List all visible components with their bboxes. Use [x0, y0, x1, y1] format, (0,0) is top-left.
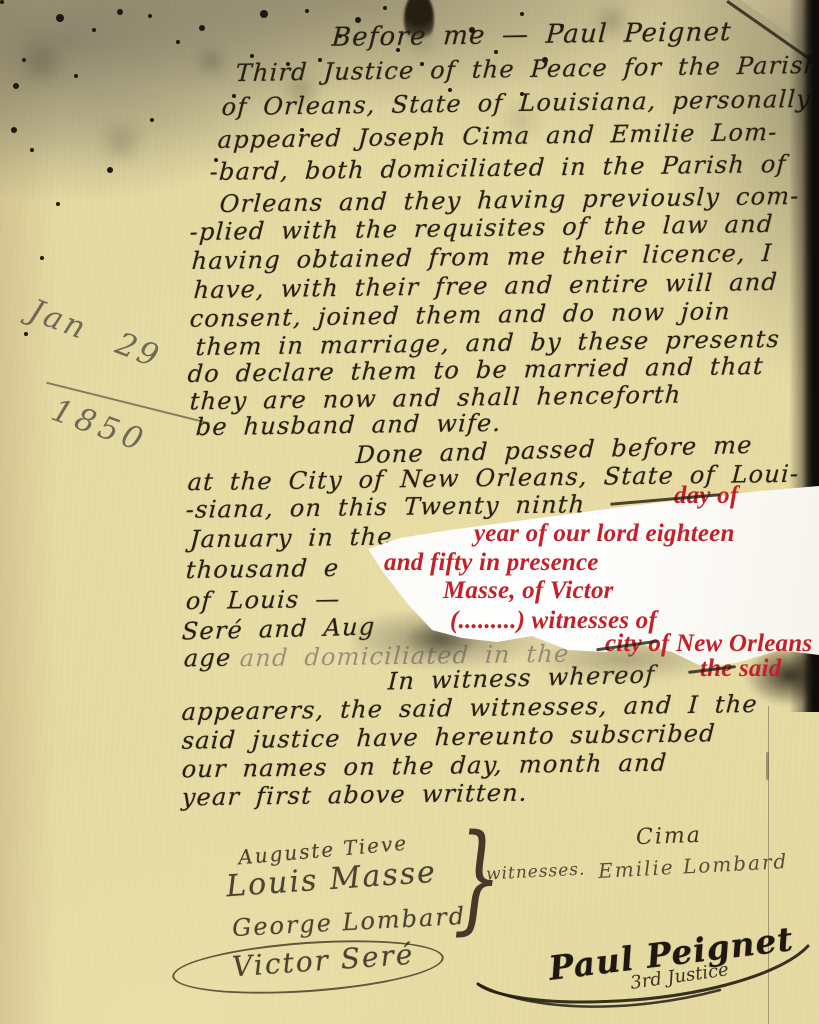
red-annotation: and fifty in presence: [384, 549, 599, 577]
document-scan: Jan 29 1850 Before me — Paul PeignetThir…: [0, 0, 819, 1024]
red-annotation: year of our lord eighteen: [474, 520, 735, 548]
red-annotation-layer: day ofyear of our lord eighteenand fifty…: [0, 0, 819, 1024]
red-annotation: Masse, of Victor: [443, 577, 614, 605]
